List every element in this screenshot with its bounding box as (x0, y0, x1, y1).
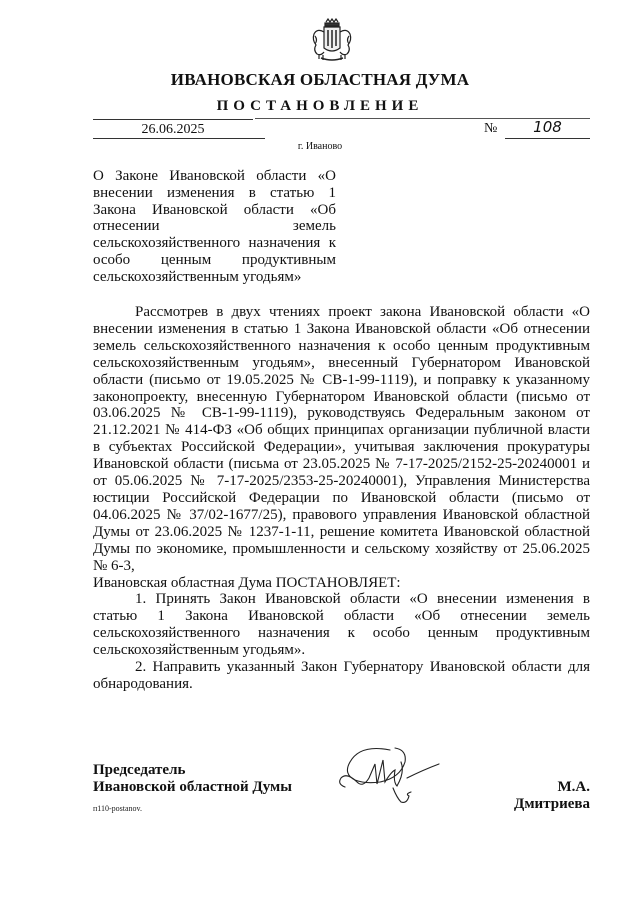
city: г. Иваново (0, 141, 640, 152)
signatory-name: М.А. Дмитриева (480, 779, 590, 813)
signatory-title: Председатель Ивановской областной Думы (93, 762, 292, 796)
document-body: Рассмотрев в двух чтениях проект закона … (93, 304, 590, 693)
resolution-item-2: 2. Направить указанный Закон Губернатору… (93, 659, 590, 693)
file-reference: п110-postanov. (93, 804, 142, 813)
coat-of-arms-icon (309, 18, 355, 62)
number-underline (505, 138, 590, 139)
resolution-item-1: 1. Принять Закон Ивановской области «О в… (93, 591, 590, 659)
organization-title: ИВАНОВСКАЯ ОБЛАСТНАЯ ДУМА (0, 70, 640, 90)
document-subject: О Законе Ивановской области «О внесении … (93, 168, 336, 286)
preamble-paragraph: Рассмотрев в двух чтениях проект закона … (93, 304, 590, 575)
signatory-title-line2: Ивановской областной Думы (93, 779, 292, 796)
date-underline (93, 138, 265, 139)
document-number: 108 (505, 118, 590, 136)
date-top-rule (93, 119, 253, 120)
document-type: ПОСТАНОВЛЕНИЕ (0, 98, 640, 115)
handwritten-signature-icon (335, 742, 445, 812)
resolution-line: Ивановская областная Дума ПОСТАНОВЛЯЕТ: (93, 575, 590, 592)
document-date: 26.06.2025 (93, 122, 253, 138)
signatory-title-line1: Председатель (93, 762, 292, 779)
number-label: № (484, 121, 497, 137)
